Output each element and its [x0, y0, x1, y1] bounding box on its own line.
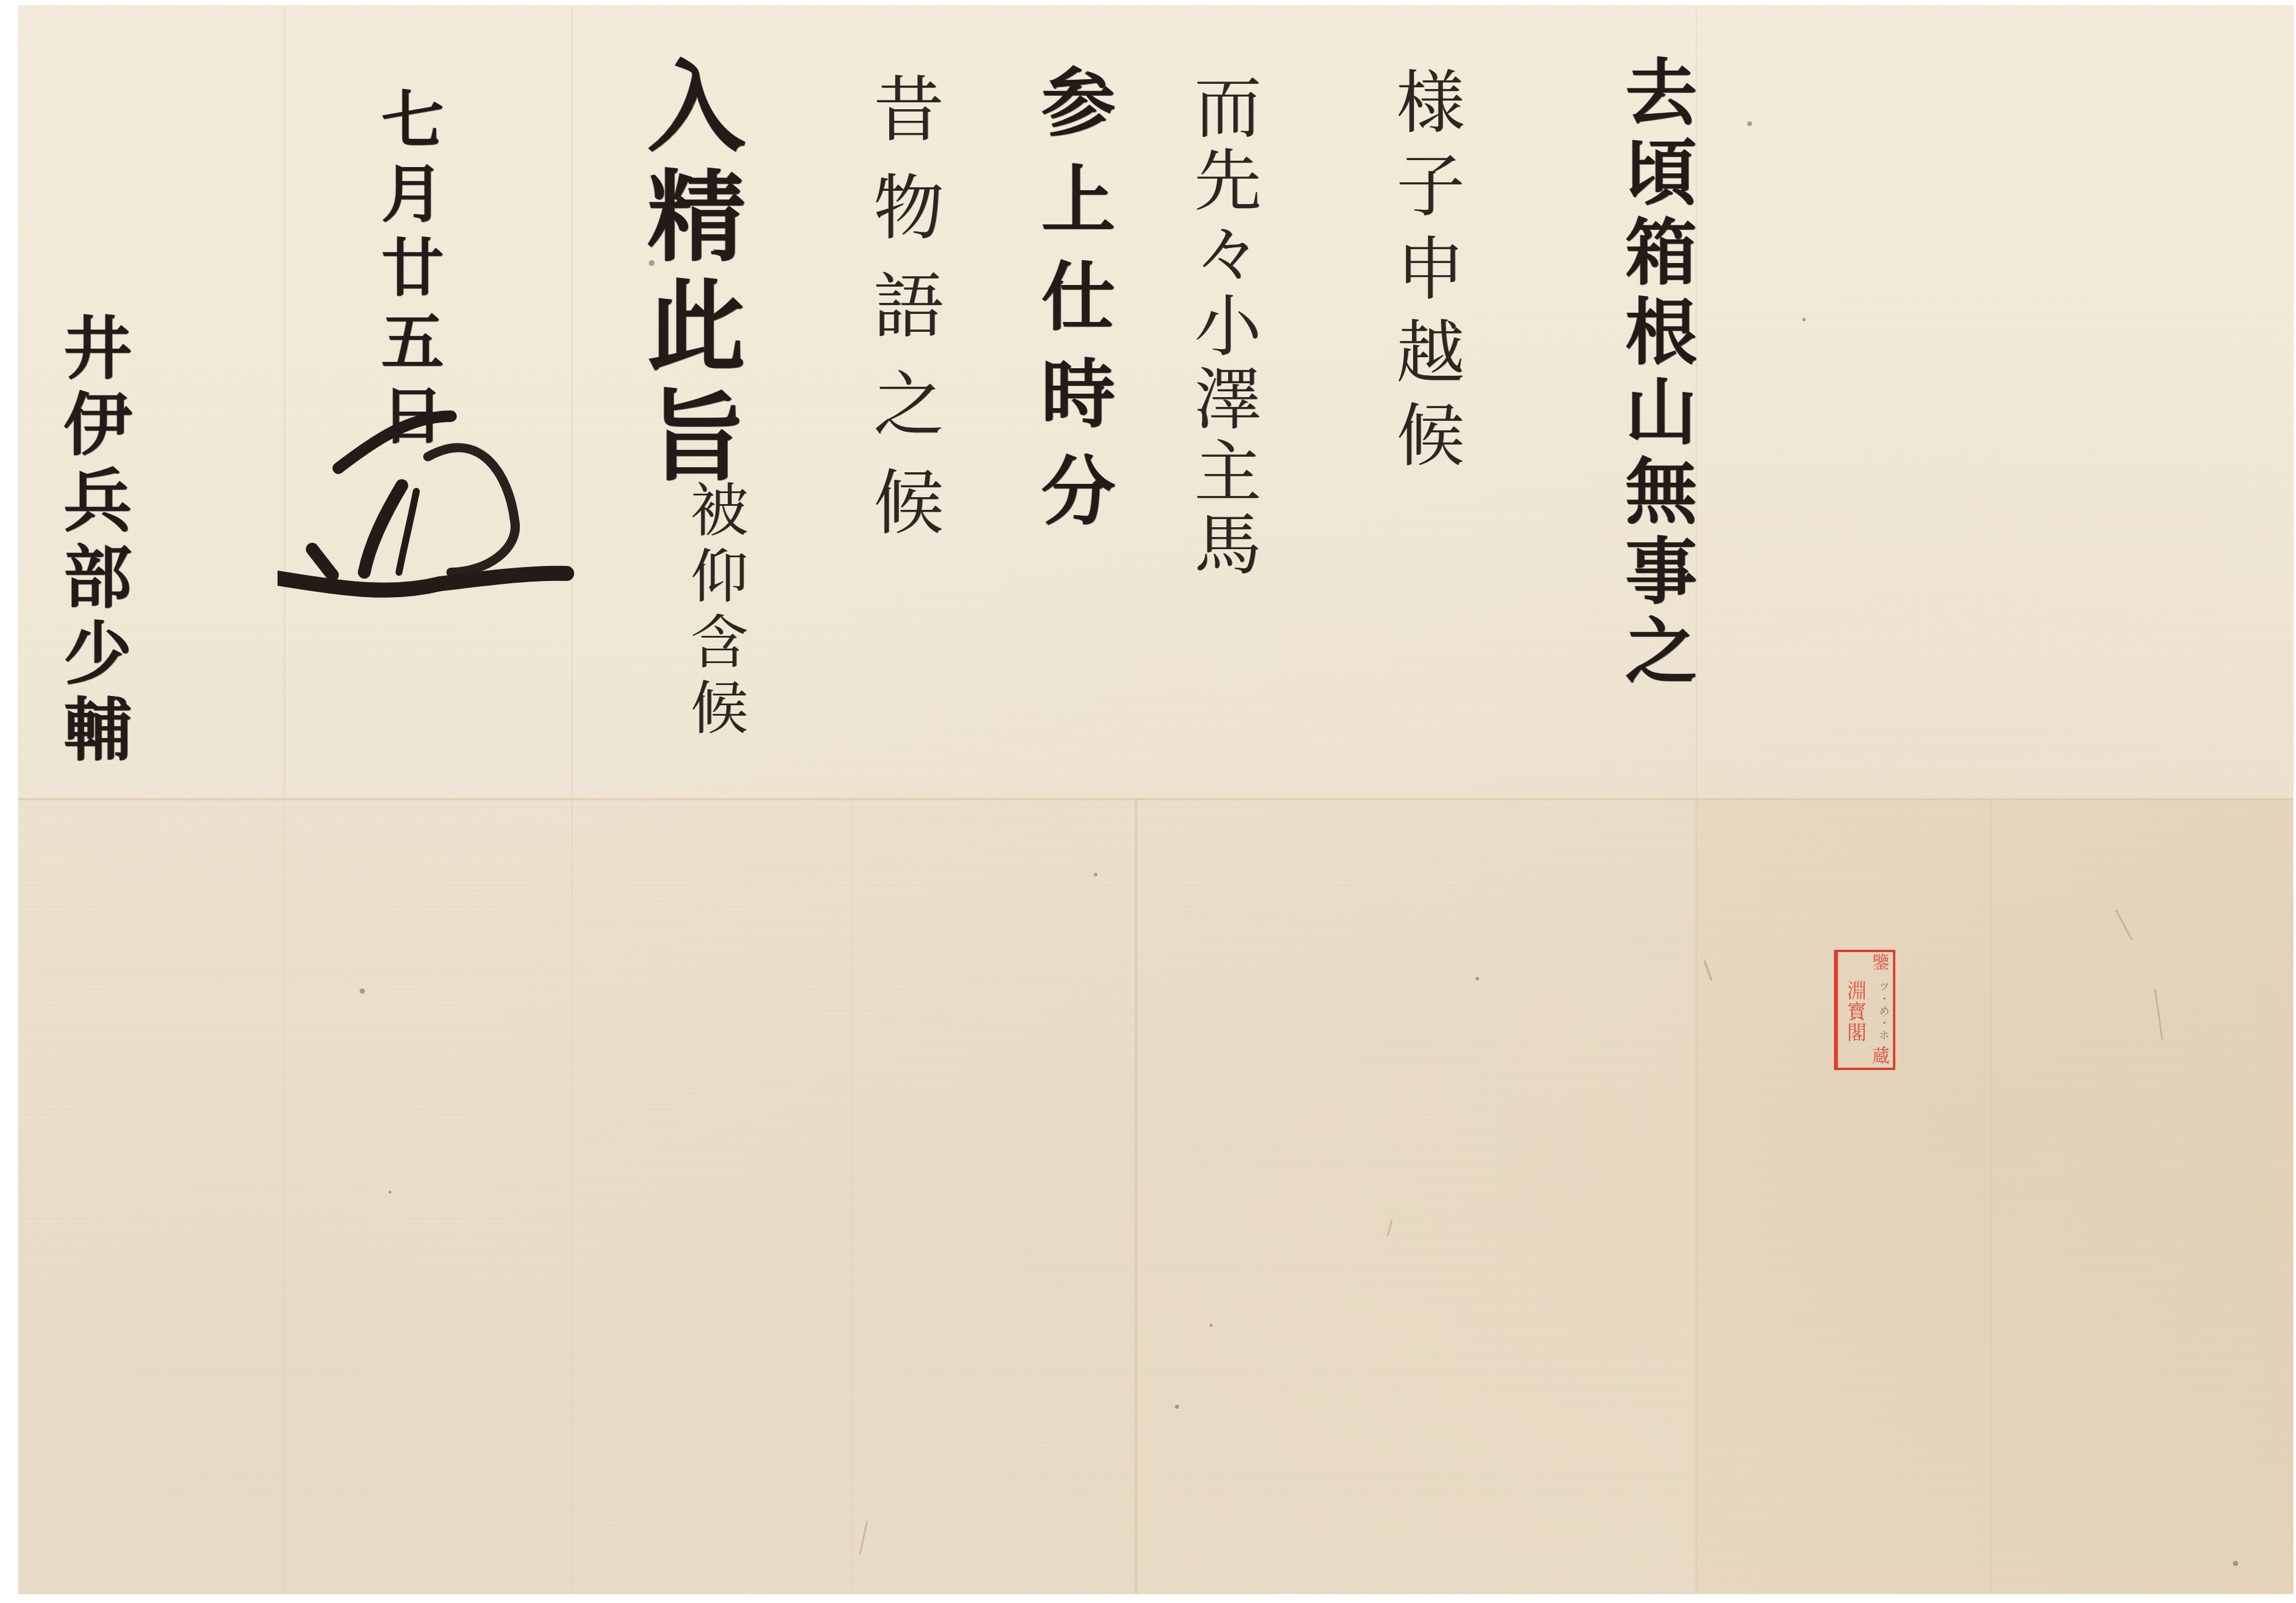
aged-stain — [1694, 799, 2293, 1594]
paper-sheet — [19, 6, 2293, 1594]
text-column-2: 様子申越候 — [1391, 66, 1459, 483]
collector-seal: 淵寳閣 鑒 ツ・め・ホ・二 蔵 — [1834, 950, 1895, 1070]
paper-speck — [1802, 318, 1806, 321]
text-column-1: 去頃箱根山無事之 — [1619, 55, 1691, 693]
upper-panel — [19, 6, 2293, 799]
paper-speck — [1094, 873, 1097, 876]
vertical-fold — [571, 6, 573, 1594]
vertical-fold — [1990, 799, 1992, 1594]
vertical-fold — [283, 6, 286, 1594]
seal-top-glyph: 鑒 — [1872, 954, 1891, 972]
vertical-fold — [1134, 799, 1138, 1594]
text-column-6: 入精此旨 — [639, 55, 737, 494]
paper-speck — [1210, 1324, 1212, 1327]
seal-left-column: 淵寳閣 — [1836, 952, 1872, 1068]
paper-speck — [360, 989, 365, 994]
paper-fiber — [859, 1520, 868, 1554]
text-column-5: 昔物語之候 — [867, 72, 938, 564]
paper-speck — [1476, 977, 1479, 980]
paper-speck — [1747, 121, 1752, 126]
seal-right-column: 鑒 ツ・め・ホ・二 蔵 — [1872, 952, 1893, 1068]
text-column-3: 而先々小澤主馬 — [1188, 72, 1255, 582]
seal-bottom-glyph: 蔵 — [1872, 1048, 1891, 1065]
vertical-fold — [851, 799, 853, 1594]
paper-fiber — [1387, 1220, 1393, 1237]
text-column-6-continuation: 被仰含候 — [685, 480, 743, 743]
paper-speck — [2233, 1561, 2238, 1566]
kao-signature-mark — [278, 405, 578, 601]
horizontal-fold — [19, 798, 2293, 801]
signer-name: 井伊兵部少輔 — [58, 312, 126, 770]
paper-speck — [389, 1191, 391, 1194]
paper-speck — [1175, 1405, 1179, 1409]
date: 七月廿五日 — [376, 87, 438, 457]
text-column-4: 参上仕時分 — [1035, 64, 1109, 549]
